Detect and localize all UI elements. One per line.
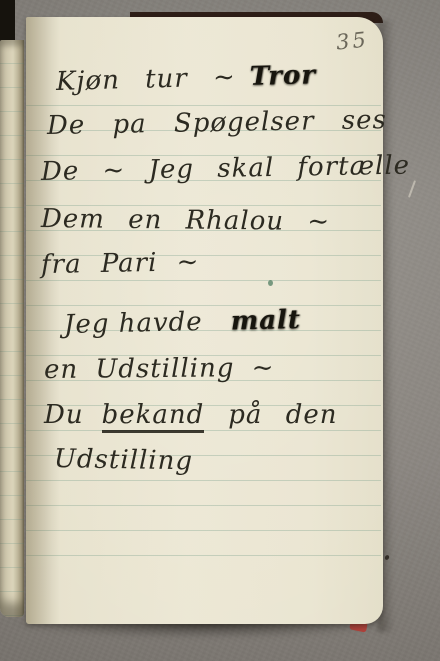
handwriting-line-4: Dem en Rhalou ~	[41, 204, 330, 237]
handwriting-text: Du	[44, 400, 84, 430]
handwriting-line-8: Dubekandpå den	[44, 400, 337, 430]
handwriting-line-2: De pa Spøgelser ses	[47, 105, 387, 141]
notebook-page: 35 Kjøn tur ~Tror De pa Spøgelser ses De…	[26, 17, 383, 624]
handwriting-text: Jeg havde	[64, 307, 203, 340]
page-stack-edge	[0, 40, 24, 617]
green-ink-fleck	[268, 280, 273, 286]
handwriting-text-heavy: Tror	[249, 60, 316, 92]
photograph-of-notebook: 35 Kjøn tur ~Tror De pa Spøgelser ses De…	[0, 0, 440, 661]
handwriting-line-6: Jeg havdemalt	[64, 305, 302, 340]
handwriting-line-5: fra Pari ~	[41, 247, 200, 280]
handwriting-line-9: Udstilling	[54, 444, 194, 476]
handwriting-text: på den	[228, 400, 337, 430]
handwriting-text-heavy: malt	[230, 305, 301, 336]
page-number: 35	[335, 27, 370, 54]
background-scratch	[408, 180, 416, 198]
handwriting-text-underlined: bekand	[102, 400, 205, 433]
gutter-shadow	[26, 17, 60, 624]
handwriting-text: Kjøn tur ~	[56, 62, 237, 97]
handwriting-line-7: en Udstilling ~	[44, 353, 275, 385]
